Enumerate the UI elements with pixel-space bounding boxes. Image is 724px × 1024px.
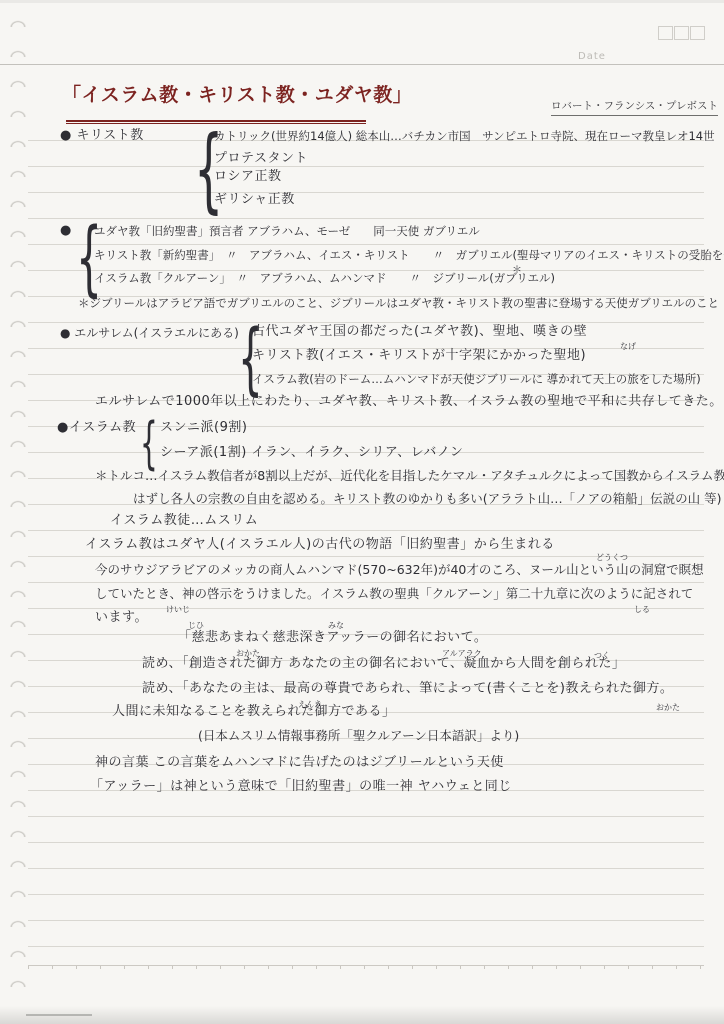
origin-line-3: していたとき、神の啓示をうけました。イスラム教の聖典「クルアーン」第二十九章に次…	[95, 586, 693, 602]
binder-hole-shadows	[0, 12, 40, 1004]
jerusalem-summary: エルサレムで1000年以上にわたり、ユダヤ教、キリスト教、イスラム教の聖地で平和…	[95, 394, 723, 410]
furigana-okata-2: おかた	[656, 702, 680, 713]
closing-line-2: 「アッラー」は神という意味で「旧約聖書」の唯一神 ヤハウェと同じ	[90, 779, 512, 795]
quote-line-1: 「慈悲あまねく慈悲深きアッラーの御名において。	[178, 630, 487, 646]
quote-line-3: 読め、「あなたの主は、最高の尊貴であられ、筆によって(書くことを)教えられた御方…	[142, 681, 673, 697]
scriptures-bullet: ●	[60, 223, 72, 239]
date-label: Date	[578, 51, 606, 62]
furigana-shiru: しる	[634, 604, 650, 615]
quote-line-4: 人間に未知なることを教えられた御方である」	[112, 704, 396, 720]
date-rule-line	[0, 64, 724, 65]
author-name: ロバート・フランシス・プレボスト	[551, 100, 718, 116]
islam-label: ●イスラム教	[57, 420, 136, 436]
jerusalem-label: ● エルサレム(イスラエルにある)	[60, 326, 239, 341]
quote-line-2: 読め、「創造された御方 あなたの主の御名において、凝血から人間を創られた」	[142, 656, 625, 672]
scriptures-row-judaism: ユダヤ教「旧約聖書」預言者 アブラハム、モーゼ 同一天使 ガブリエル	[94, 224, 480, 238]
jerusalem-item-islam: イスラム教(岩のドーム…ムハンマドが天使ジブリールに 導かれて天上の旅をした場所…	[252, 372, 701, 386]
scriptures-row-christianity: キリスト教「新約聖書」 〃 アブラハム、イエス・キリスト 〃 ガブリエル(聖母マ…	[94, 248, 724, 262]
furigana-doukutsu: どうくつ	[596, 552, 628, 563]
turkey-note-line-1: ＊トルコ…イスラム教信者が8割以上だが、近代化を目指したケマル・アタチュルクによ…	[95, 468, 724, 484]
header-checkbox-3	[690, 26, 705, 40]
closing-line-1: 神の言葉 この言葉をムハンマドに告げたのはジブリールという天使	[95, 755, 504, 771]
bottom-tick-line	[28, 965, 704, 971]
islam-brace: {	[140, 416, 158, 472]
scan-top-edge	[0, 0, 724, 3]
jibril-asterisk-mark: ＊	[512, 261, 522, 276]
jerusalem-item-judaism: 古代ユダヤ王国の都だった(ユダヤ教)、聖地、嘆きの壁	[252, 324, 587, 340]
header-checkbox-1	[658, 26, 673, 40]
scan-bottom-left-mark	[26, 1014, 92, 1016]
origin-line-1: イスラム教はユダヤ人(イスラエル人)の古代の物語「旧約聖書」から生まれる	[85, 537, 555, 553]
origin-line-4: います。	[95, 610, 148, 626]
furigana-nage: なげ	[620, 341, 636, 352]
christianity-item-russian-orthodox: ロシア正教	[214, 169, 282, 185]
islam-item-sunni: スンニ派(9割)	[160, 420, 247, 436]
jibril-note: ＊ジブリールはアラビア語でガブリエルのこと、ジブリールはユダヤ教・キリスト教の聖…	[78, 296, 719, 310]
christianity-item-greek-orthodox: ギリシャ正教	[214, 192, 295, 208]
islam-item-shia: シーア派(1割) イラン、イラク、シリア、レバノン	[160, 445, 463, 461]
header-checkbox-2	[674, 26, 689, 40]
scan-bottom-shadow	[0, 1006, 724, 1024]
furigana-keiji: けいじ	[166, 604, 190, 615]
jerusalem-item-christianity: キリスト教(イエス・キリストが十字架にかかった聖地)	[252, 348, 586, 364]
christianity-item-catholic: カトリック(世界約14億人) 総本山…バチカン市国 サンピエトロ寺院、現在ローマ…	[214, 129, 715, 143]
notebook-page: Date 「イスラム教・キリスト教・ユダヤ教」 ロバート・フランシス・プレボスト…	[0, 0, 724, 1024]
christianity-label: ● キリスト教	[60, 128, 144, 144]
christianity-item-protestant: プロテスタント	[214, 151, 308, 167]
scriptures-row-islam: イスラム教「クルアーン」 〃 アブラハム、ムハンマド 〃 ジブリール(ガブリエル…	[94, 271, 555, 285]
muslim-definition: イスラム教徒…ムスリム	[110, 513, 258, 529]
quote-source: (日本ムスリム情報事務所「聖クルアーン日本語訳」より)	[198, 728, 519, 744]
page-title: 「イスラム教・キリスト教・ユダヤ教」	[62, 84, 412, 108]
turkey-note-line-2: はずし各人の宗教の自由を認める。キリスト教のゆかりも多い(アララト山…「ノアの箱…	[133, 491, 721, 507]
origin-line-2: 今のサウジアラビアのメッカの商人ムハンマド(570~632年)が40才のころ、ヌ…	[95, 562, 704, 578]
